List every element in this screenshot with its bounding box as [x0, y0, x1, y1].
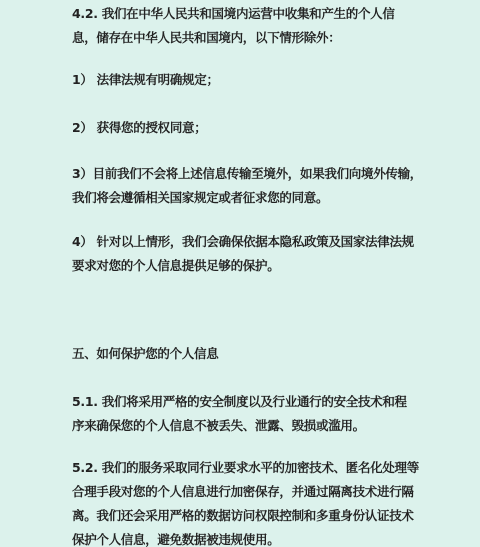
paragraph-line: 合理手段对您的个人信息进行加密保存，并通过隔离技术进行隔 [72, 480, 412, 504]
list-item-text: 2） 获得您的授权同意； [72, 116, 412, 140]
list-item-4: 4） 针对以上情形，我们会确保依据本隐私政策及国家法律法规 要求对您的个人信息提… [72, 230, 412, 278]
list-item-text: 1） 法律法规有明确规定； [72, 68, 412, 92]
paragraph-line: 序来确保您的个人信息不被丢失、泄露、毁损或滥用。 [72, 414, 412, 438]
list-item-1: 1） 法律法规有明确规定； [72, 68, 412, 92]
list-item-line: 我们将会遵循相关国家规定或者征求您的同意。 [72, 186, 412, 210]
paragraph-4-2: 4.2. 我们在中华人民共和国境内运营中收集和产生的个人信 息，储存在中华人民共… [72, 2, 412, 50]
list-item-line: 4） 针对以上情形，我们会确保依据本隐私政策及国家法律法规 [72, 230, 412, 254]
list-item-line: 3）目前我们不会将上述信息传输至境外，如果我们向境外传输， [72, 162, 412, 186]
list-item-line: 要求对您的个人信息提供足够的保护。 [72, 254, 412, 278]
paragraph-5-2: 5.2. 我们的服务采取同行业要求水平的加密技术、匿名化处理等 合理手段对您的个… [72, 456, 412, 547]
paragraph-line: 4.2. 我们在中华人民共和国境内运营中收集和产生的个人信 [72, 2, 412, 26]
paragraph-line: 保护个人信息，避免数据被违规使用。 [72, 528, 412, 547]
paragraph-line: 离。我们还会采用严格的数据访问权限控制和多重身份认证技术 [72, 504, 412, 528]
paragraph-5-1: 5.1. 我们将采用严格的安全制度以及行业通行的安全技术和程 序来确保您的个人信… [72, 390, 412, 438]
paragraph-line: 息，储存在中华人民共和国境内，以下情形除外： [72, 26, 412, 50]
list-item-3: 3）目前我们不会将上述信息传输至境外，如果我们向境外传输， 我们将会遵循相关国家… [72, 162, 412, 210]
paragraph-line: 5.2. 我们的服务采取同行业要求水平的加密技术、匿名化处理等 [72, 456, 412, 480]
list-item-2: 2） 获得您的授权同意； [72, 116, 412, 140]
section-5-heading: 五、如何保护您的个人信息 [72, 342, 218, 366]
paragraph-line: 5.1. 我们将采用严格的安全制度以及行业通行的安全技术和程 [72, 390, 412, 414]
